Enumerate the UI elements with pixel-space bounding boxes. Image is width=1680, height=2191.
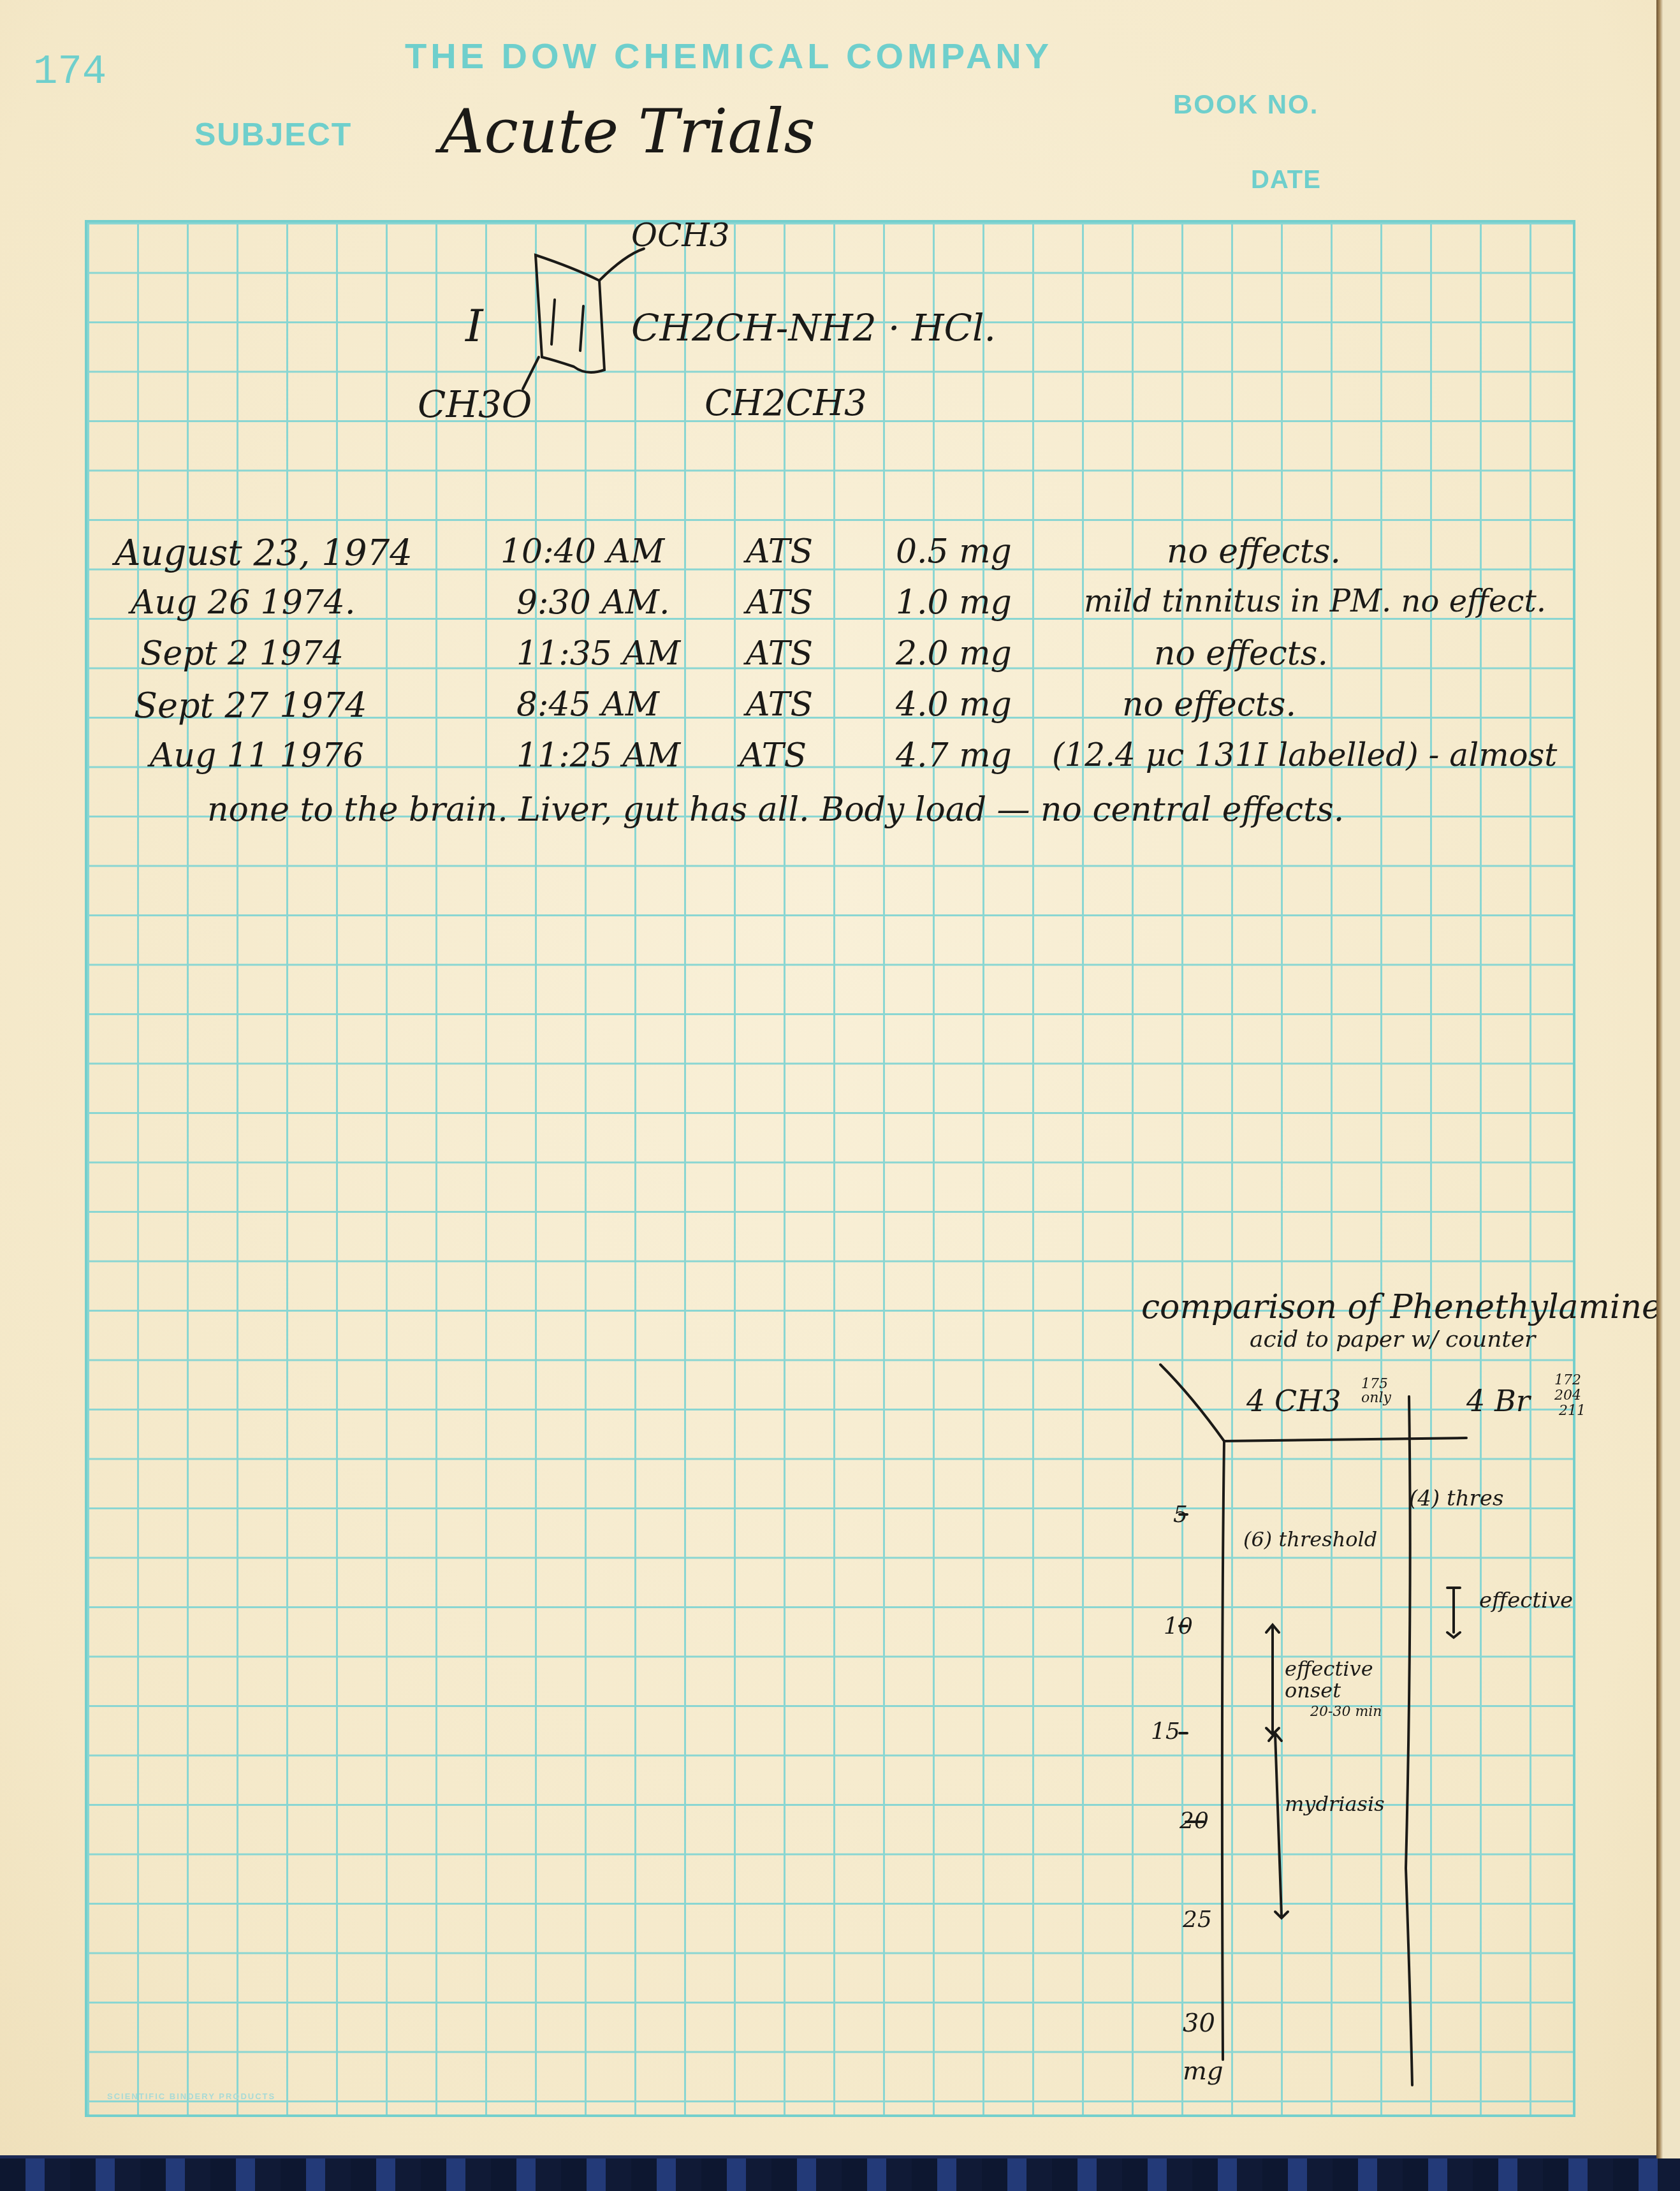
axis-tick-25: 25 — [1183, 1907, 1212, 1933]
notebook-spine — [1656, 0, 1663, 2191]
subject-value: Acute Trials — [440, 96, 815, 167]
notebook-cover-edge — [0, 2158, 1680, 2191]
trial-time: 8:45 AM — [516, 685, 659, 724]
trial-result: no effects. — [1122, 685, 1296, 724]
trial-dose: 2.0 mg — [896, 634, 1012, 673]
axis-tick-20: 20 — [1180, 1808, 1209, 1834]
book-no-label: BOOK NO. — [1173, 89, 1318, 120]
benzene-ring-icon — [510, 242, 638, 395]
onset-time: 20-30 min — [1310, 1704, 1382, 1720]
axis-unit: mg — [1183, 2056, 1223, 2086]
page-number: 174 — [33, 50, 106, 96]
trial-time: 11:35 AM — [516, 634, 680, 673]
comparison-subtitle: acid to paper w/ counter — [1250, 1326, 1535, 1352]
trial-time: 10:40 AM — [500, 532, 664, 571]
trial-dose: 4.7 mg — [896, 736, 1012, 775]
trial-time: 9:30 AM. — [516, 583, 670, 622]
trial-dose: 1.0 mg — [896, 583, 1012, 622]
trial-subject: ATS — [746, 583, 813, 622]
trial-subject: ATS — [746, 634, 813, 673]
trial-dose: 4.0 mg — [896, 685, 1012, 724]
structure-branch: CH2CH3 — [705, 383, 867, 424]
trial-continuation: none to the brain. Liver, gut has all. B… — [207, 791, 1344, 829]
structure-och3: OCH3 — [631, 217, 730, 254]
trial-subject: ATS — [746, 532, 813, 571]
mydriasis-label: mydriasis — [1285, 1792, 1385, 1816]
company-header: THE DOW CHEMICAL COMPANY — [405, 35, 1053, 77]
trial-subject: ATS — [740, 736, 807, 775]
trial-result: no effects. — [1167, 532, 1341, 571]
axis-tick-10: 10 — [1164, 1613, 1193, 1639]
trial-dose: 0.5 mg — [896, 532, 1012, 571]
trial-date: August 23, 1974 — [115, 532, 413, 574]
trial-time: 11:25 AM — [516, 736, 680, 775]
trial-date: Sept 2 1974 — [140, 634, 344, 673]
notebook-page: 174 THE DOW CHEMICAL COMPANY SUBJECT Acu… — [0, 0, 1658, 2155]
trial-result: no effects. — [1154, 634, 1328, 673]
trial-date: Aug 26 1974. — [131, 583, 355, 622]
trial-date: Sept 27 1974 — [134, 685, 367, 726]
structure-ch3o: CH3O — [418, 383, 532, 426]
axis-tick-30: 30 — [1183, 2009, 1215, 2038]
comparison-frame-lines — [1148, 1358, 1594, 2092]
col1-threshold: (6) threshold — [1243, 1527, 1377, 1551]
adjacent-page-edge — [1663, 0, 1680, 2191]
trial-date: Aug 11 1976 — [150, 736, 364, 775]
trial-result: mild tinnitus in PM. no effect. — [1084, 583, 1546, 619]
col2-effective: effective — [1479, 1588, 1573, 1613]
subject-label: SUBJECT — [194, 116, 352, 153]
axis-tick-15: 15 — [1151, 1718, 1180, 1745]
col2-threshold: (4) thres — [1409, 1486, 1503, 1511]
structure-iodine: I — [465, 300, 483, 352]
footer-brand: SCIENTIFIC BINDERY PRODUCTS — [107, 2092, 275, 2101]
date-label: DATE — [1251, 166, 1321, 194]
structure-side-chain: CH2CH-NH2 · HCl. — [631, 306, 996, 349]
comparison-title: comparison of Phenethylamines — [1141, 1288, 1678, 1326]
trial-subject: ATS — [746, 685, 813, 724]
axis-tick-5: 5 — [1173, 1502, 1188, 1528]
effective-onset-label: effective onset — [1285, 1658, 1355, 1701]
trial-result: (12.4 μc 131I labelled) - almost — [1052, 736, 1557, 773]
